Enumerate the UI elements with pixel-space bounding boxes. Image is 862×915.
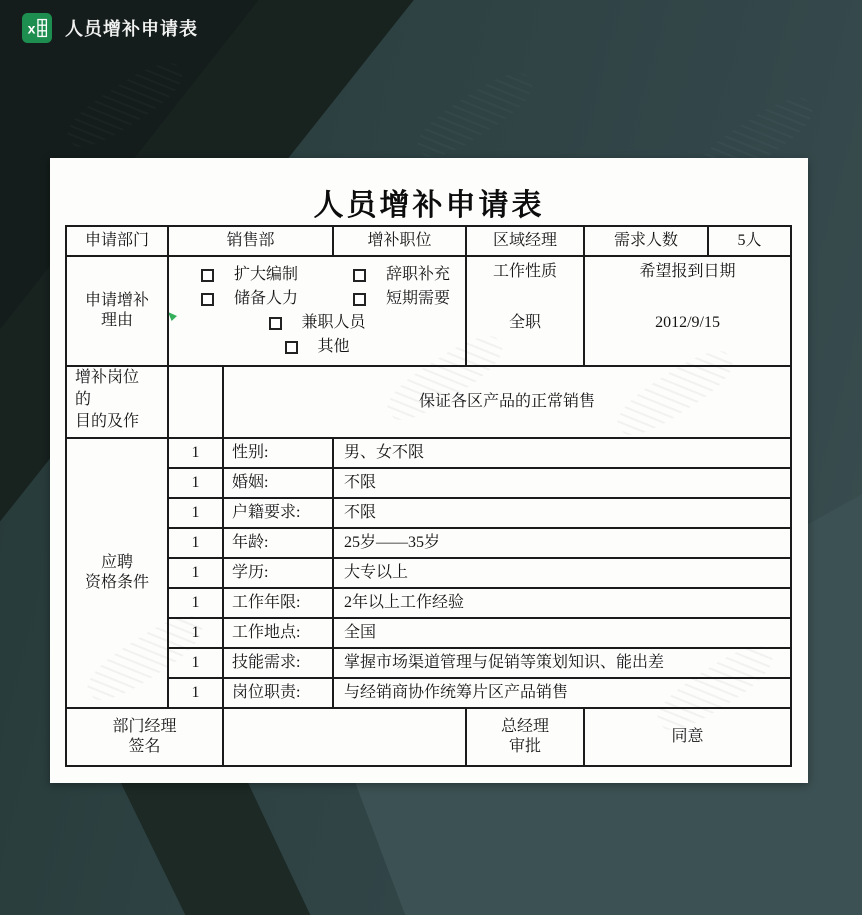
- window-title: 人员增补申请表: [65, 15, 198, 41]
- checkbox-icon[interactable]: [269, 317, 282, 330]
- field-label: 婚姻:: [223, 468, 333, 498]
- field-value: 不限: [333, 498, 791, 528]
- gm-approval-value: 同意: [584, 708, 791, 766]
- qualifications-label: 应聘 资格条件: [66, 438, 168, 708]
- field-value: 与经销商协作统筹片区产品销售: [333, 678, 791, 708]
- checkbox-option: 兼职人员: [269, 313, 366, 333]
- work-nature-value: 全职: [509, 282, 541, 364]
- field-value: 掌握市场渠道管理与促销等策划知识、能出差: [333, 648, 791, 678]
- svg-text:x: x: [28, 21, 36, 37]
- checkbox-label: 其他: [318, 337, 350, 357]
- field-value: 大专以上: [333, 558, 791, 588]
- position-label: 增补职位: [333, 226, 466, 256]
- excel-icon: x: [22, 13, 52, 43]
- report-date-cell: 希望报到日期 2012/9/15: [584, 256, 791, 366]
- document-page: 人员增补申请表 申请部门 销售部 增补职位 区域经理 需求人数 5人 申请增补: [50, 158, 808, 783]
- checkbox-option: 储备人力: [201, 289, 353, 309]
- report-date-value: 2012/9/15: [655, 282, 720, 364]
- position-value: 区域经理: [466, 226, 584, 256]
- row-number: 1: [168, 468, 223, 498]
- purpose-label-cell: 增补岗位的 目的及作用: [66, 366, 168, 438]
- checkbox-label: 兼职人员: [302, 313, 366, 333]
- qualification-row: 1 学历: 大专以上: [66, 558, 791, 588]
- checkbox-icon[interactable]: [201, 293, 214, 306]
- manager-sign-value: [223, 708, 466, 766]
- application-form-table: 申请部门 销售部 增补职位 区域经理 需求人数 5人 申请增补 理由: [65, 225, 792, 767]
- checkbox-icon[interactable]: [353, 269, 366, 282]
- row-number: 1: [168, 498, 223, 528]
- row-number: 1: [168, 678, 223, 708]
- gm-approval-label: 总经理 审批: [466, 708, 584, 766]
- purpose-row: 增补岗位的 目的及作用 保证各区产品的正常销售: [66, 366, 791, 438]
- report-date-label: 希望报到日期: [640, 262, 736, 282]
- field-label: 岗位职责:: [223, 678, 333, 708]
- field-label: 学历:: [223, 558, 333, 588]
- reason-checkbox-cell: 扩大编制 辞职补充 储备人力: [168, 256, 466, 366]
- count-value: 5人: [708, 226, 791, 256]
- field-label: 工作地点:: [223, 618, 333, 648]
- qualification-row: 1 工作年限: 2年以上工作经验: [66, 588, 791, 618]
- qualification-row: 应聘 资格条件 1 性别: 男、女不限: [66, 438, 791, 468]
- checkbox-option: 扩大编制: [201, 265, 353, 285]
- count-label: 需求人数: [584, 226, 708, 256]
- checkbox-label: 短期需要: [386, 289, 450, 309]
- checkbox-label: 辞职补充: [386, 265, 450, 285]
- header-row: 申请部门 销售部 增补职位 区域经理 需求人数 5人: [66, 226, 791, 256]
- row-number: 1: [168, 528, 223, 558]
- field-label: 户籍要求:: [223, 498, 333, 528]
- field-value: 不限: [333, 468, 791, 498]
- watermark: [410, 63, 541, 167]
- field-value: 全国: [333, 618, 791, 648]
- field-label: 技能需求:: [223, 648, 333, 678]
- row-number: 1: [168, 588, 223, 618]
- row-number: 1: [168, 648, 223, 678]
- purpose-value: 保证各区产品的正常销售: [223, 366, 791, 438]
- work-nature-cell: 工作性质 全职: [466, 256, 584, 366]
- window-titlebar: x 人员增补申请表: [0, 0, 862, 56]
- field-value: 2年以上工作经验: [333, 588, 791, 618]
- field-value: 25岁——35岁: [333, 528, 791, 558]
- qualification-row: 1 婚姻: 不限: [66, 468, 791, 498]
- checkbox-option: 短期需要: [353, 289, 450, 309]
- checkbox-label: 储备人力: [234, 289, 298, 309]
- qualification-row: 1 岗位职责: 与经销商协作统筹片区产品销售: [66, 678, 791, 708]
- watermark: [60, 53, 191, 157]
- screenshot-root: x 人员增补申请表 人员增补申请表 申请部门: [0, 0, 862, 915]
- manager-sign-label: 部门经理 签名: [66, 708, 223, 766]
- purpose-label: 增补岗位的 目的及作用: [75, 367, 145, 431]
- checkbox-option: 辞职补充: [353, 265, 450, 285]
- dept-label: 申请部门: [66, 226, 168, 256]
- checkbox-option: 其他: [285, 337, 350, 357]
- field-label: 工作年限:: [223, 588, 333, 618]
- qualification-row: 1 年龄: 25岁——35岁: [66, 528, 791, 558]
- purpose-empty-cell: [168, 366, 223, 438]
- checkbox-label: 扩大编制: [234, 265, 298, 285]
- row-number: 1: [168, 438, 223, 468]
- field-label: 性别:: [223, 438, 333, 468]
- row-number: 1: [168, 558, 223, 588]
- qualification-row: 1 户籍要求: 不限: [66, 498, 791, 528]
- field-label: 年龄:: [223, 528, 333, 558]
- work-nature-label: 工作性质: [493, 262, 557, 282]
- form-title: 人员增补申请表: [50, 180, 808, 224]
- reason-row: 申请增补 理由 扩大编制 辞职补充: [66, 256, 791, 366]
- row-number: 1: [168, 618, 223, 648]
- signature-row: 部门经理 签名 总经理 审批 同意: [66, 708, 791, 766]
- checkbox-icon[interactable]: [201, 269, 214, 282]
- dept-value: 销售部: [168, 226, 333, 256]
- checkbox-icon[interactable]: [353, 293, 366, 306]
- field-value: 男、女不限: [333, 438, 791, 468]
- qualification-row: 1 技能需求: 掌握市场渠道管理与促销等策划知识、能出差: [66, 648, 791, 678]
- qualification-row: 1 工作地点: 全国: [66, 618, 791, 648]
- reason-label: 申请增补 理由: [66, 256, 168, 366]
- checkbox-icon[interactable]: [285, 341, 298, 354]
